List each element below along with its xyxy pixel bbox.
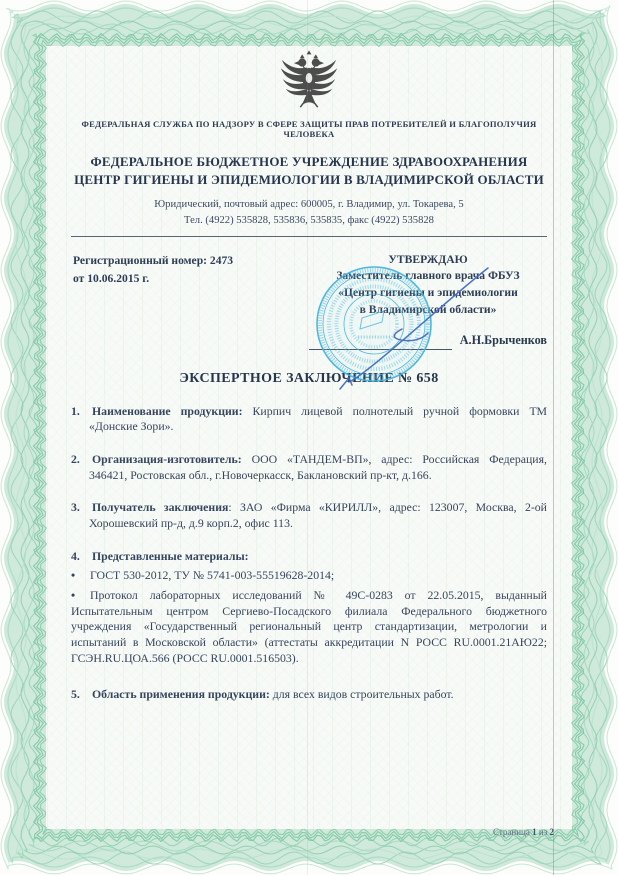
round-stamp — [292, 246, 502, 406]
header-divider — [71, 236, 547, 237]
item-recipient: 3.Получатель заключения: ЗАО «Фирма «КИР… — [71, 500, 547, 531]
organization-address: Юридический, почтовый адрес: 600005, г. … — [71, 197, 547, 229]
item-materials-heading: 4.Представленные материалы: — [71, 549, 547, 565]
address-line: Юридический, почтовый адрес: 600005, г. … — [71, 197, 547, 213]
registration-date: от 10.06.2015 г. — [73, 270, 233, 288]
coat-of-arms-eagle-icon — [278, 50, 340, 112]
bullet-icon: • — [71, 568, 90, 584]
org-name-line2: ЦЕНТР ГИГИЕНЫ И ЭПИДЕМИОЛОГИИ В ВЛАДИМИР… — [71, 171, 547, 189]
bullet-icon: • — [71, 588, 90, 604]
phone-line: Тел. (4922) 535828, 535836, 535835, факс… — [71, 213, 547, 229]
organization-name: ФЕДЕРАЛЬНОЕ БЮДЖЕТНОЕ УЧРЕЖДЕНИЕ ЗДРАВОО… — [71, 153, 547, 189]
fold-crease-line — [307, 0, 308, 875]
material-list-item: •ГОСТ 530-2012, ТУ № 5741-003-55519628-2… — [71, 568, 547, 584]
page-number: Страница 1 из 2 — [493, 827, 554, 837]
item-manufacturer: 2.Организация-изготовитель: ООО «ТАНДЕМ-… — [71, 452, 547, 483]
item-product-name: 1.Наименование продукции: Кирпич лицевой… — [71, 404, 547, 435]
item-application-scope: 5.Область применения продукции: для всех… — [71, 687, 547, 703]
material-list-item: •Протокол лабораторных исследований № 49… — [71, 588, 547, 666]
org-name-line1: ФЕДЕРАЛЬНОЕ БЮДЖЕТНОЕ УЧРЕЖДЕНИЕ ЗДРАВОО… — [71, 153, 547, 171]
certificate-page: ФЕДЕРАЛЬНАЯ СЛУЖБА ПО НАДЗОРУ В СФЕРЕ ЗА… — [47, 47, 571, 829]
federal-service-line: ФЕДЕРАЛЬНАЯ СЛУЖБА ПО НАДЗОРУ В СФЕРЕ ЗА… — [71, 119, 547, 139]
fold-crease-line — [553, 0, 554, 875]
registration-number: Регистрационный номер: 2473 — [73, 252, 233, 270]
registration-block: Регистрационный номер: 2473 от 10.06.201… — [71, 252, 233, 288]
